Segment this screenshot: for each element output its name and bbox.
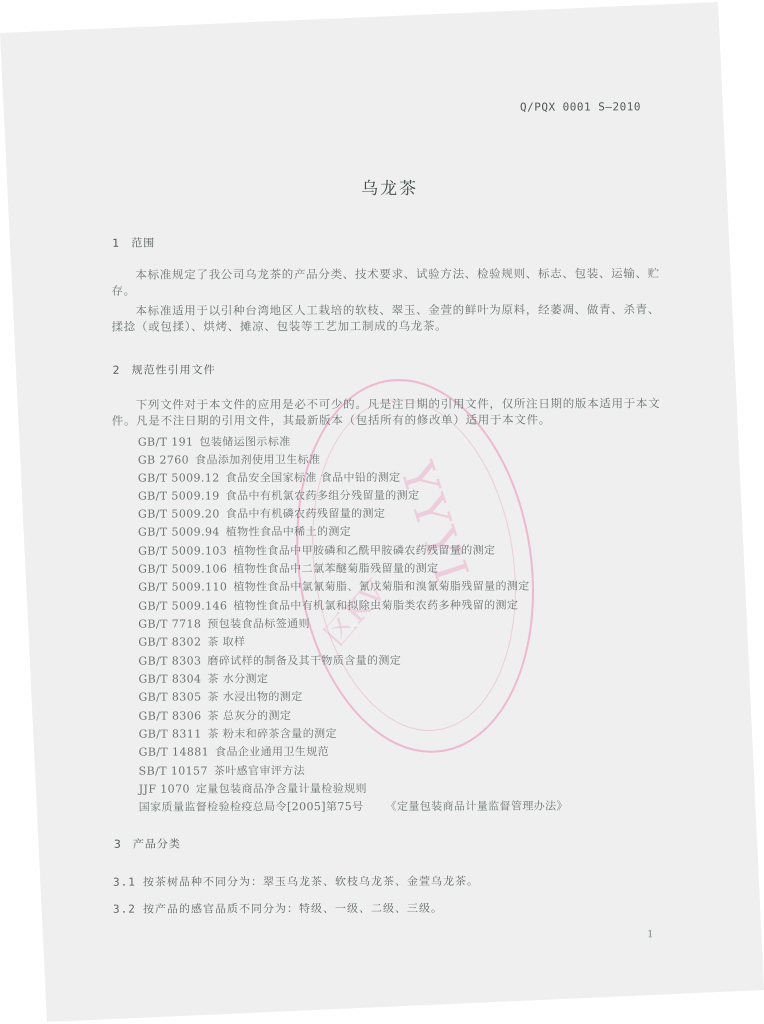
clause-text: 按茶树品种不同分为：翠玉乌龙茶、软枝乌龙茶、金萱乌龙茶。 xyxy=(143,875,479,889)
reference-item: GB/T 8302茶 取样 xyxy=(138,633,245,649)
section-title: 规范性引用文件 xyxy=(132,363,216,376)
clause-3-1: 3.1按茶树品种不同分为：翠玉乌龙茶、软枝乌龙茶、金萱乌龙茶。 xyxy=(113,873,479,890)
reference-item: GB/T 8305茶 水浸出物的测定 xyxy=(138,688,302,704)
section-title: 范围 xyxy=(131,237,155,250)
reference-item: GB/T 8311茶 粉末和碎茶含量的测定 xyxy=(139,725,337,742)
clause-3-2: 3.2按产品的感官品质不同分为：特级、一级、二级、三级。 xyxy=(113,900,443,917)
reference-item: GB/T 191包装储运图示标准 xyxy=(138,433,291,449)
reference-item: GB/T 5009.110植物性食品中氯氰菊脂、氰戊菊脂和溴氰菊脂残留量的测定 xyxy=(138,578,530,595)
clause-number: 3.2 xyxy=(113,903,143,916)
document-page: YYYI 区KV Q/PQX 0001 S—2010 乌龙茶 1范围 本标准规定… xyxy=(0,0,764,1024)
section-title: 产品分类 xyxy=(133,838,181,851)
reference-item: GB/T 7718预包装食品标签通则 xyxy=(138,615,310,631)
section-heading-2: 2规范性引用文件 xyxy=(113,361,216,377)
reference-item: GB/T 8303磨碎试样的制备及其干物质含量的测定 xyxy=(138,652,401,669)
reference-item: GB/T 8306茶 总灰分的测定 xyxy=(139,707,292,723)
reference-item: GB/T 5009.106植物性食品中二氯苯醚菊脂残留量的测定 xyxy=(138,560,438,577)
scope-paragraph-1: 本标准规定了我公司乌龙茶的产品分类、技术要求、试验方法、检验规则、标志、包装、运… xyxy=(111,265,663,298)
reference-item: GB/T 14881食品企业通用卫生规范 xyxy=(139,743,329,759)
reference-item: GB/T 5009.12食品安全国家标准 食品中铅的测定 xyxy=(138,469,401,486)
reference-item: JJF 1070定量包装商品净含量计量检验规则 xyxy=(139,780,367,797)
clause-text: 按产品的感官品质不同分为：特级、一级、二级、三级。 xyxy=(143,902,443,916)
page-number: 1 xyxy=(647,929,653,940)
reference-item: GB 2760食品添加剂使用卫生标准 xyxy=(138,451,321,467)
references-intro-paragraph: 下列文件对于本文件的应用是必不可少的。凡是注日期的引用文件，仅所注日期的版本适用… xyxy=(112,395,664,428)
reference-item: GB/T 5009.19食品中有机氯农药多组分残留量的测定 xyxy=(138,487,420,504)
reference-item: GB/T 8304茶 水分测定 xyxy=(138,670,268,686)
clause-number: 3.1 xyxy=(113,876,143,889)
reference-item: GB/T 5009.20食品中有机磷农药残留量的测定 xyxy=(138,505,385,522)
reference-item: 国家质量监督检验检疫总局令[2005]第75号《定量包装商品计量监督管理办法》 xyxy=(139,798,568,815)
reference-item: SB/T 10157茶叶感官审评方法 xyxy=(139,762,305,778)
reference-item: GB/T 5009.103植物性食品中甲胺磷和乙酰甲胺磷农药残留量的测定 xyxy=(138,542,495,559)
document-number: Q/PQX 0001 S—2010 xyxy=(520,100,641,113)
document-title: 乌龙茶 xyxy=(361,174,418,199)
section-heading-3: 3产品分类 xyxy=(114,836,181,852)
section-number: 2 xyxy=(113,364,132,377)
reference-item: GB/T 5009.94植物性食品中稀土的测定 xyxy=(138,523,351,540)
section-number: 3 xyxy=(114,838,133,851)
section-heading-1: 1范围 xyxy=(112,235,155,251)
reference-item: GB/T 5009.146植物性食品中有机氯和拟除虫菊脂类农药多种残留的测定 xyxy=(138,597,518,614)
scope-paragraph-2: 本标准适用于以引种台湾地区人工栽培的软枝、翠玉、金萱的鲜叶为原料，经萎凋、做青、… xyxy=(111,301,663,334)
section-number: 1 xyxy=(112,237,131,250)
